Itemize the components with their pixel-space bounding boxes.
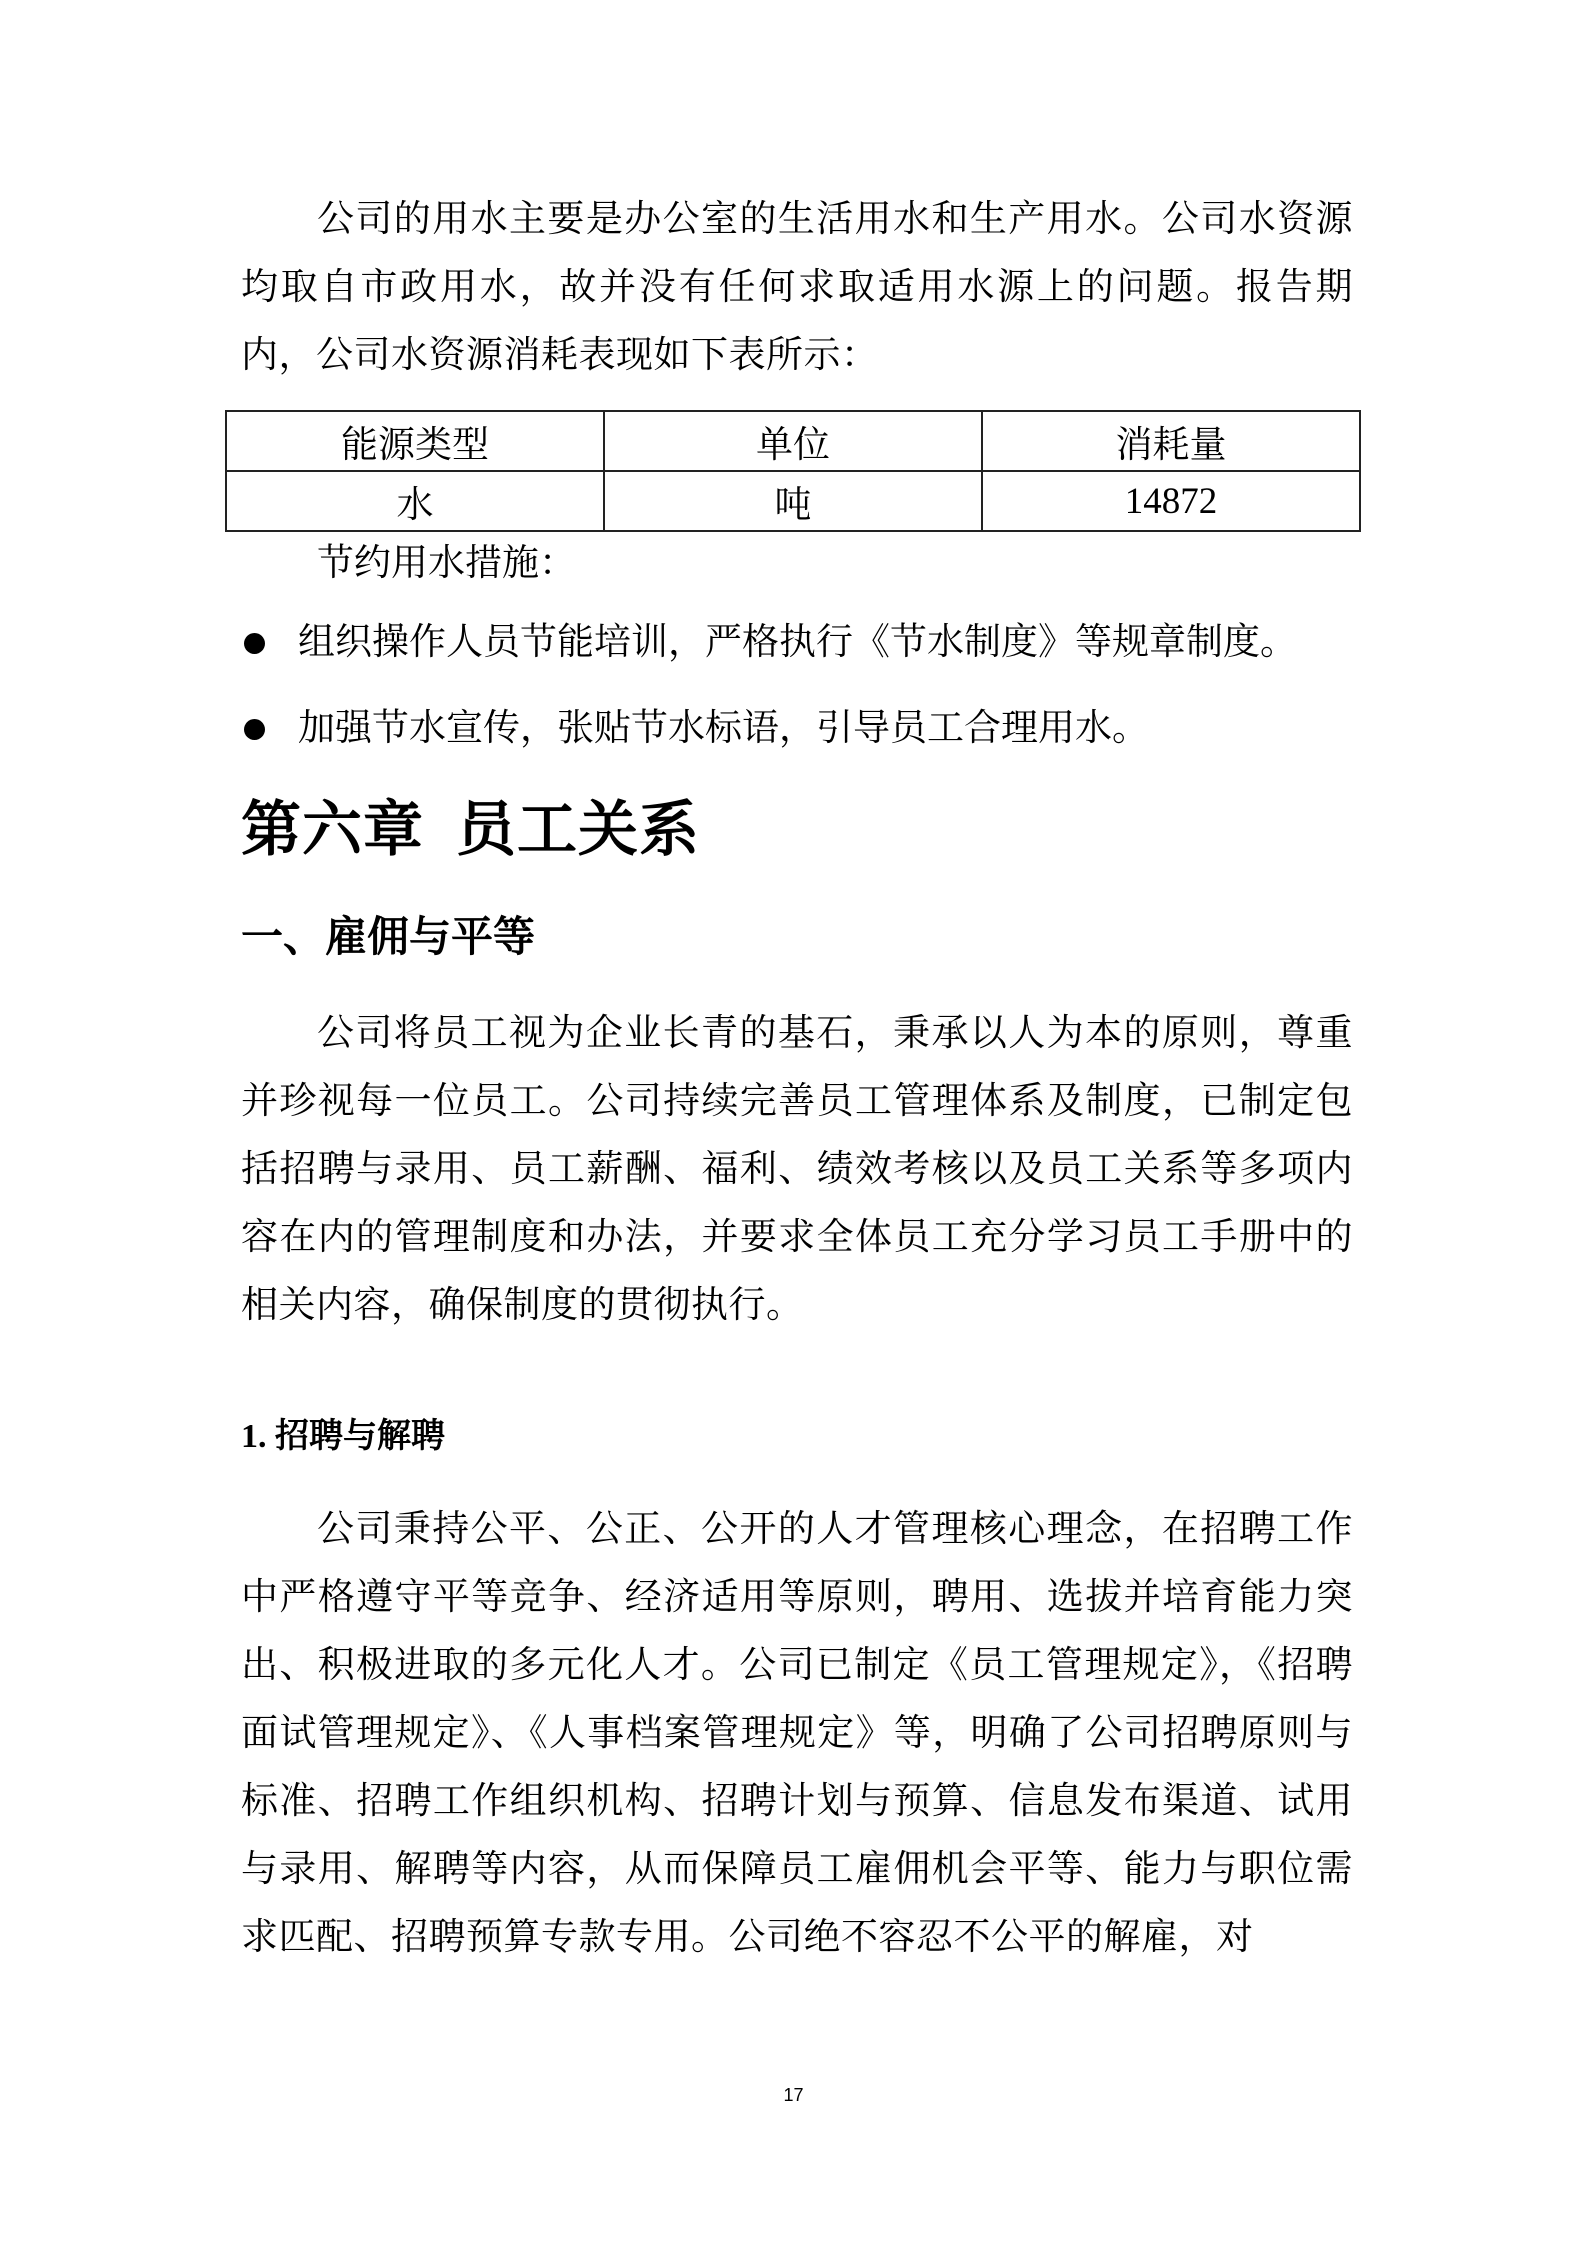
bullet-icon bbox=[244, 633, 265, 654]
table-cell-consumption: 14872 bbox=[982, 471, 1360, 531]
table-row: 水 吨 14872 bbox=[226, 471, 1360, 531]
list-item: 加强节水宣传，张贴节水标语，引导员工合理用水。 bbox=[241, 686, 1353, 772]
list-item-text: 组织操作人员节能培训，严格执行《节水制度》等规章制度。 bbox=[298, 622, 1297, 663]
subsection-title: 1. 招聘与解聘 bbox=[241, 1410, 445, 1464]
table-cell-energy-type: 水 bbox=[226, 471, 604, 531]
subsection-paragraph: 公司秉持公平、公正、公开的人才管理核心理念，在招聘工作中严格遵守平等竞争、经济适… bbox=[241, 1496, 1353, 1972]
table-header-row: 能源类型 单位 消耗量 bbox=[226, 411, 1360, 471]
bullet-icon bbox=[244, 719, 265, 740]
table-header-energy-type: 能源类型 bbox=[226, 411, 604, 471]
document-page: 公司的用水主要是办公室的生活用水和生产用水。公司水资源均取自市政用水，故并没有任… bbox=[0, 0, 1587, 2245]
chapter-title: 第六章 员工关系 bbox=[241, 790, 700, 870]
section-title: 一、雇佣与平等 bbox=[241, 908, 535, 968]
page-number: 17 bbox=[0, 2083, 1587, 2107]
water-consumption-table: 能源类型 单位 消耗量 水 吨 14872 bbox=[225, 410, 1361, 532]
water-saving-measures-label: 节约用水措施： bbox=[317, 530, 576, 598]
section-paragraph: 公司将员工视为企业长青的基石，秉承以人为本的原则，尊重并珍视每一位员工。公司持续… bbox=[241, 1000, 1353, 1340]
list-item: 组织操作人员节能培训，严格执行《节水制度》等规章制度。 bbox=[241, 600, 1353, 686]
table-header-consumption: 消耗量 bbox=[982, 411, 1360, 471]
list-item-text: 加强节水宣传，张贴节水标语，引导员工合理用水。 bbox=[298, 708, 1149, 749]
water-intro-paragraph: 公司的用水主要是办公室的生活用水和生产用水。公司水资源均取自市政用水，故并没有任… bbox=[241, 186, 1353, 390]
table-cell-unit: 吨 bbox=[604, 471, 982, 531]
water-saving-measures-list: 组织操作人员节能培训，严格执行《节水制度》等规章制度。 加强节水宣传，张贴节水标… bbox=[241, 600, 1353, 772]
table-header-unit: 单位 bbox=[604, 411, 982, 471]
